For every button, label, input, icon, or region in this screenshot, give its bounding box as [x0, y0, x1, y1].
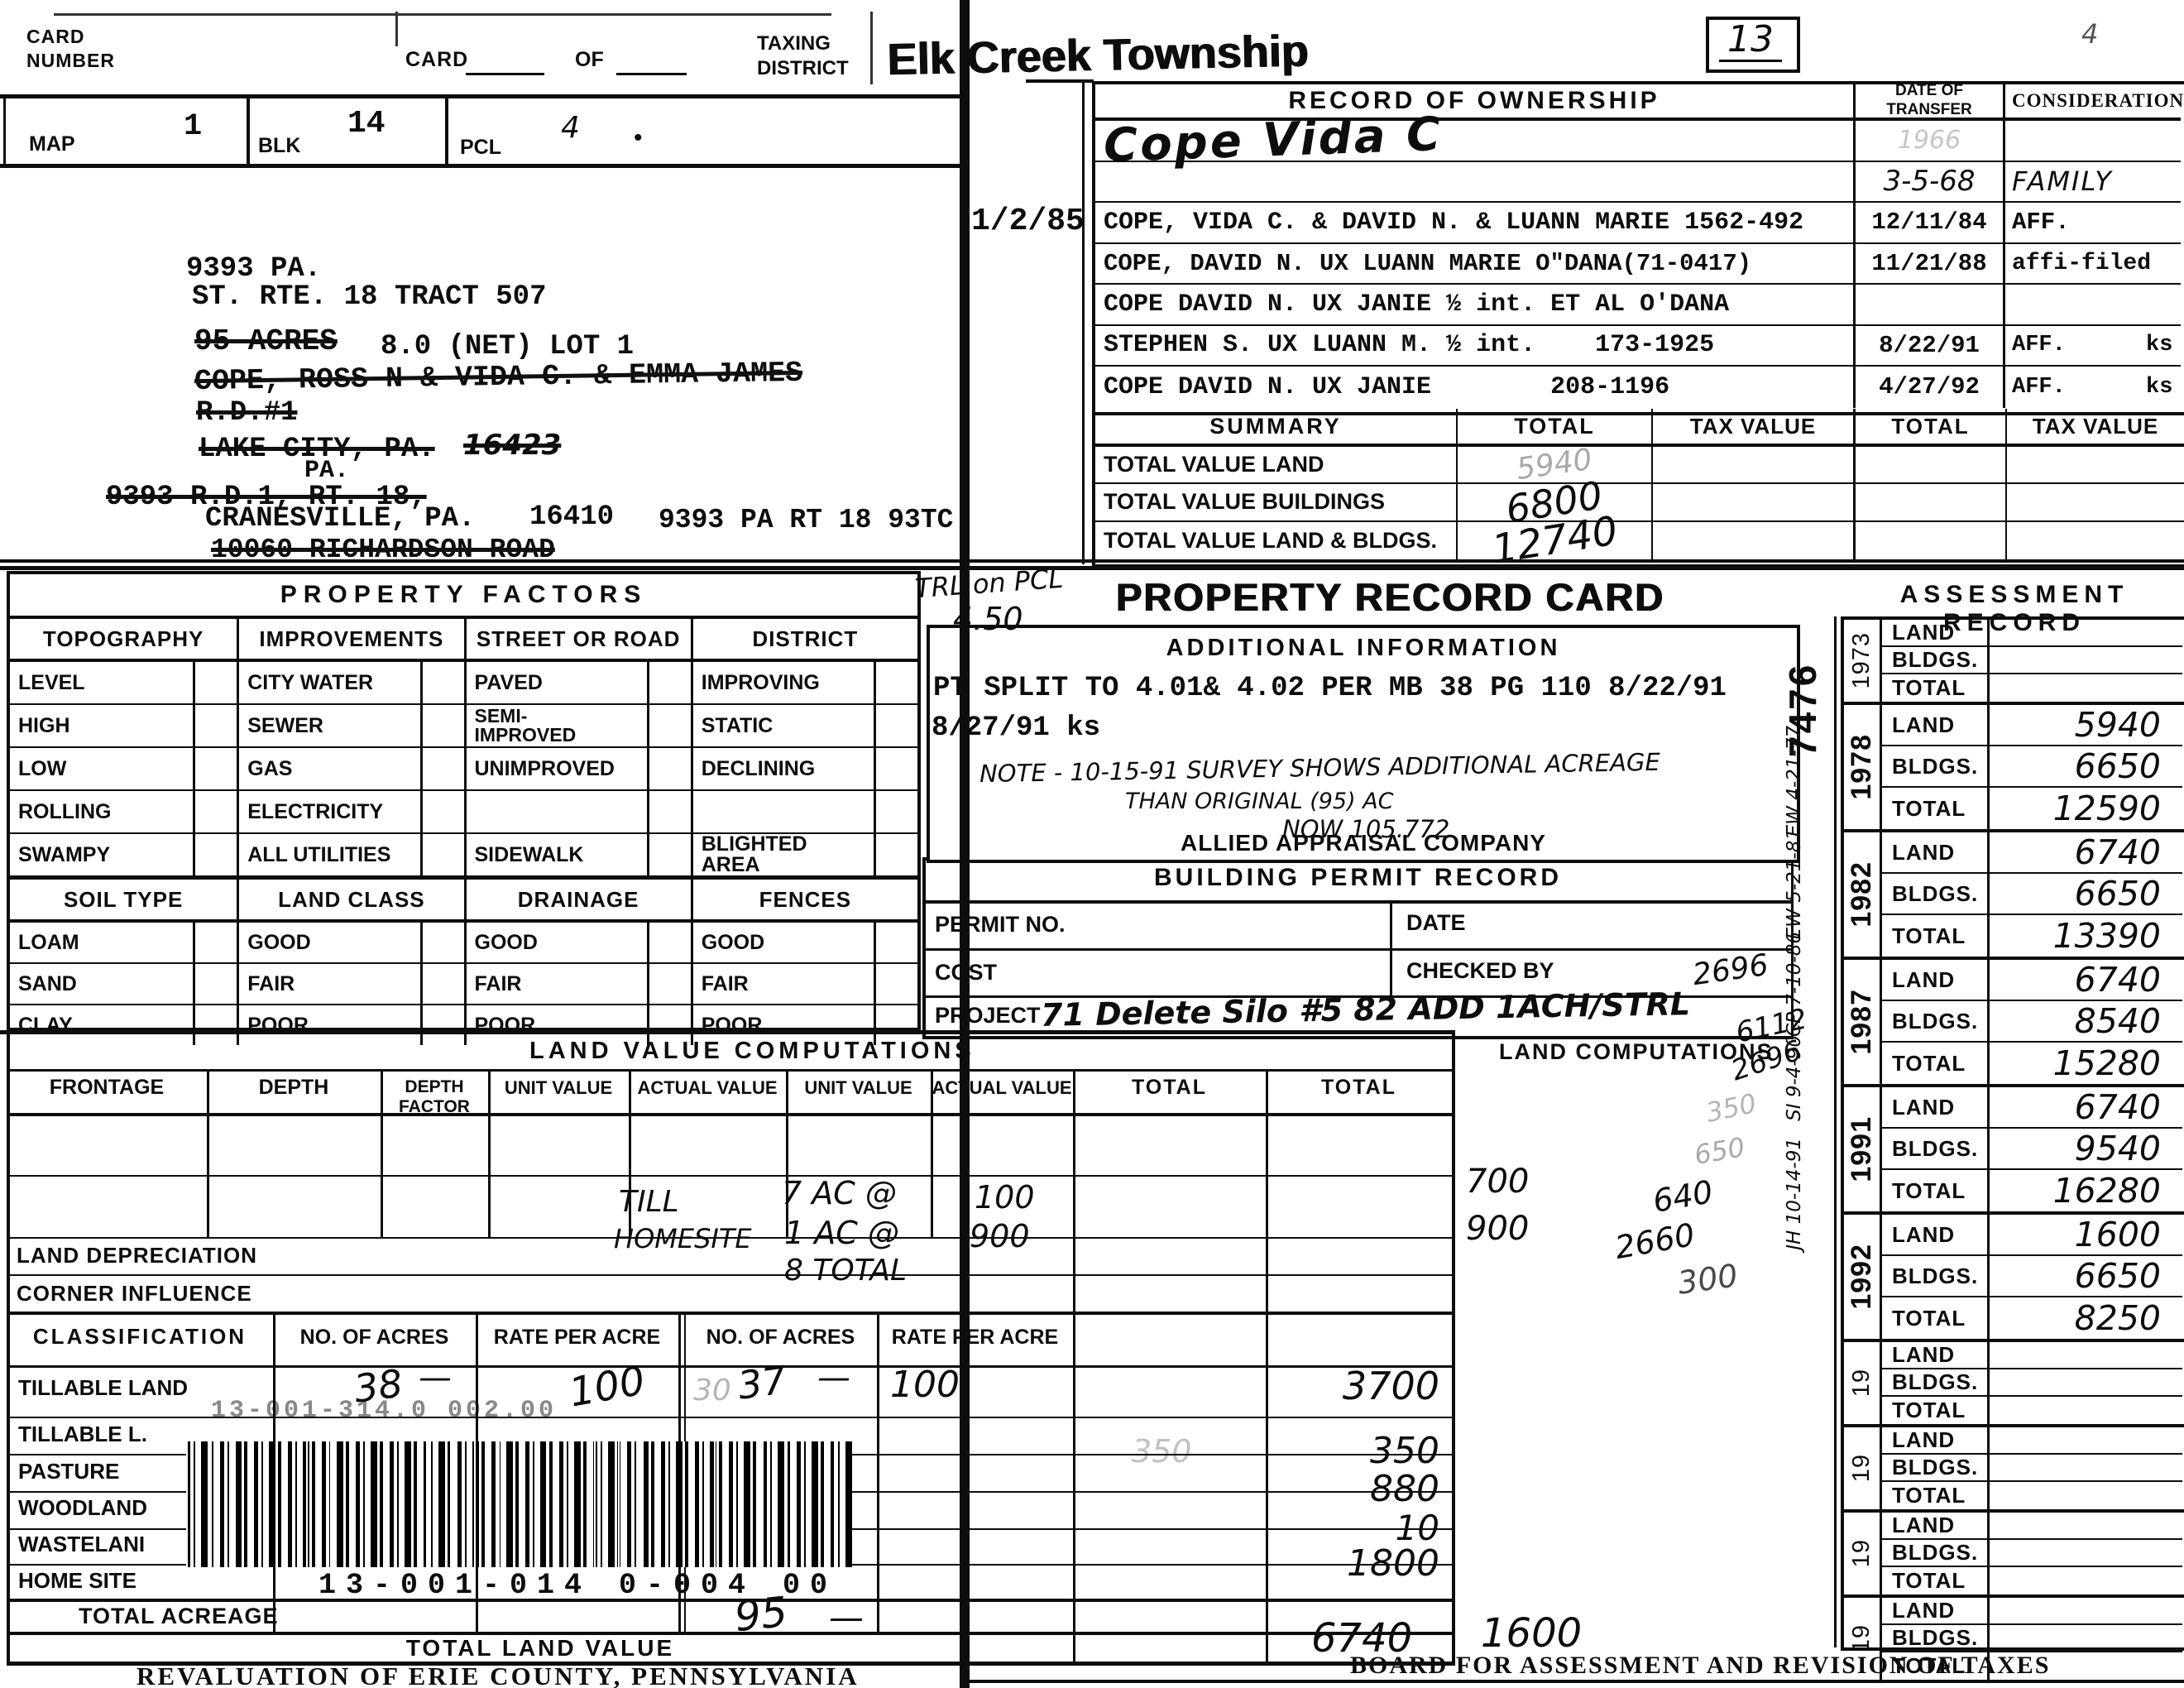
district-name: Elk Creek Township — [886, 26, 1308, 86]
soil-cell: FAIR — [691, 964, 917, 1005]
lvc-col-2 — [381, 1069, 383, 1237]
land-label: LAND — [1882, 1087, 1990, 1129]
checkbox-cell — [193, 748, 237, 789]
of-underline — [616, 73, 687, 75]
checkbox-cell — [193, 791, 237, 832]
address-line-2: ST. RTE. 18 TRACT 507 — [192, 281, 546, 313]
land-label: LAND — [1882, 1598, 1990, 1625]
summary-row-total: 12740 — [1456, 522, 1651, 559]
year-cell: 19 — [1844, 1342, 1882, 1424]
permit-left-edge — [922, 857, 926, 1039]
pencil-box-right — [870, 12, 873, 84]
map-blk-divider — [247, 94, 250, 168]
summary-row-taxvalue — [1651, 522, 1853, 559]
total-col-2-right — [1452, 1030, 1455, 1666]
summary-row-label: TOTAL VALUE LAND & BLDGS. — [1095, 522, 1456, 559]
top-pencil-line — [54, 13, 831, 16]
year-cell: 19 — [1844, 1427, 1882, 1509]
permit-no-label: PERMIT NO. — [935, 912, 1066, 938]
taxing-district-label: TAXING DISTRICT — [757, 31, 849, 81]
total-label: TOTAL — [1882, 1482, 1990, 1509]
lvc-header-depth-factor: DEPTH FACTOR — [376, 1077, 492, 1117]
assessment-group-1991: 1991 LAND6740 BLDGS.9540 TOTAL16280 — [1844, 1087, 2184, 1215]
checkbox-cell — [647, 964, 691, 1004]
checked-by-value: 2696 — [1691, 948, 1770, 992]
total-land-value-2: 1600 — [1481, 1610, 1582, 1657]
till-acres-1: 38 — [352, 1360, 405, 1412]
comp-left-0: 700 — [1466, 1163, 1529, 1201]
checkbox-cell — [193, 834, 237, 875]
appraisal-company-label: ALLIED APPRAISAL COMPANY — [930, 830, 1797, 856]
lvc-header-actual-value-1: ACTUAL VALUE — [629, 1077, 786, 1099]
owner-row-date: 3-5-68 — [1853, 162, 2005, 204]
land-label: LAND — [1882, 705, 1990, 746]
total-label: TOTAL — [1882, 1652, 1990, 1680]
bldgs-value — [1990, 1369, 2182, 1397]
classif-header-under — [7, 1365, 1452, 1368]
pasture-faint-total: 350 — [1132, 1433, 1192, 1470]
land-label: LAND — [1882, 960, 1990, 1001]
lvc-header-total-2: TOTAL — [1266, 1076, 1452, 1100]
land-value: 6740 — [1990, 1087, 2182, 1129]
owner-row-date: 8/22/91 — [1853, 326, 2005, 367]
checkbox-cell — [420, 923, 464, 962]
row-woodland: WOODLAND — [18, 1495, 147, 1521]
total-value — [1990, 1567, 2182, 1594]
bldgs-label: BLDGS. — [1882, 1256, 1990, 1297]
owner-row-consideration: AFF. ks — [2005, 367, 2181, 408]
factor-cell: ALL UTILITIES — [237, 834, 463, 877]
card-count-box — [1706, 17, 1800, 73]
factor-cell: STATIC — [691, 705, 917, 748]
land-value: 5940 — [1990, 705, 2182, 746]
checkbox-cell — [420, 662, 464, 703]
total-value — [1990, 1482, 2182, 1509]
owner-row-consideration: affi-filed — [2005, 244, 2181, 285]
property-factors-table: PROPERTY FACTORS TOPOGRAPHY IMPROVEMENTS… — [7, 571, 921, 1031]
total-acreage-label: TOTAL ACREAGE — [79, 1604, 279, 1629]
bldgs-value — [1990, 1540, 2182, 1567]
till-label-hw: TILL — [619, 1185, 679, 1219]
owner-row-name: COPE DAVID N. UX JANIE ½ int. ET AL O'DA… — [1095, 285, 1853, 326]
comp-right-1: 350 — [1703, 1087, 1760, 1129]
assessment-group-blank: 19 LAND BLDGS. TOTAL — [1844, 1427, 2184, 1513]
checkbox-cell — [647, 705, 691, 746]
record-of-ownership-table: RECORD OF OWNERSHIP DATE OF TRANSFER CON… — [1092, 81, 2184, 415]
date-stamp: 1/2/85 — [971, 204, 1085, 239]
corner-influence-label: CORNER INFLUENCE — [17, 1281, 252, 1307]
left-edge-top — [3, 94, 6, 168]
till-dash-1: — — [419, 1359, 452, 1397]
address-cranesville: CRANESVILLE, PA. — [205, 503, 475, 535]
assessment-group-1978: 1978 LAND5940 BLDGS.6650 TOTAL12590 — [1844, 705, 2184, 832]
soil-cell: FAIR — [237, 964, 463, 1005]
permit-date-label: DATE — [1406, 910, 1466, 936]
factor-cell — [464, 791, 691, 834]
owner-row-name: COPE DAVID N. UX JANIE 208-1196 — [1095, 367, 1853, 408]
review-note-1987: CP 7-10-86 — [1784, 932, 1805, 1023]
soil-cell: SAND — [10, 964, 237, 1005]
center-fold-line — [960, 0, 970, 1688]
bldgs-value: 8540 — [1990, 1001, 2182, 1043]
summary-row-taxvalue2 — [2005, 447, 2184, 484]
checkbox-cell — [647, 834, 691, 875]
review-note-1982: EW 5-21-81 — [1784, 828, 1805, 919]
address-rd1-struck: R.D.#1 — [196, 397, 297, 429]
summary-row-total2 — [1853, 447, 2005, 484]
soil-cell: FAIR — [464, 964, 691, 1005]
owner-row-name: COPE, DAVID N. UX LUANN MARIE O"DANA(71-… — [1095, 244, 1853, 285]
year-cell: 1973 — [1844, 620, 1882, 702]
row-home-site: HOME SITE — [18, 1568, 136, 1594]
factor-cell: UNIMPROVED — [464, 748, 691, 791]
year-cell: 19 — [1844, 1513, 1882, 1594]
trl-pcl-value: 4.50 — [953, 601, 1023, 637]
soil-cell: POOR — [691, 1005, 917, 1045]
checkbox-cell — [874, 705, 917, 746]
summary-row-label: TOTAL VALUE LAND — [1095, 447, 1456, 484]
total-label: TOTAL — [1882, 1297, 1990, 1339]
summary-header: SUMMARY — [1095, 409, 1456, 447]
address-route-code: 9393 PA RT 18 93TC — [659, 505, 953, 535]
total-label: TOTAL — [1882, 1043, 1990, 1084]
checkbox-cell — [193, 705, 237, 746]
checkbox-cell — [420, 964, 464, 1004]
total-value: 15280 — [1990, 1043, 2182, 1084]
total-header-2: TOTAL — [1853, 409, 2005, 447]
owner-row-consideration — [2005, 121, 2181, 162]
owner-row-date: 4/27/92 — [1853, 367, 2005, 408]
homesite-label-hw: HOMESITE — [614, 1223, 752, 1254]
bldgs-label: BLDGS. — [1882, 746, 1990, 788]
checkbox-cell — [420, 705, 464, 746]
review-note-1992: JH 10-14-91 — [1784, 1138, 1805, 1229]
date-of-transfer-header: DATE OF TRANSFER — [1853, 84, 2005, 121]
total-label: TOTAL — [1882, 915, 1990, 957]
checkbox-cell — [193, 662, 237, 703]
blk-value: 14 — [347, 106, 386, 141]
total-label: TOTAL — [1882, 1170, 1990, 1211]
bldgs-value: 9540 — [1990, 1129, 2182, 1170]
acre-total-hw: 8 TOTAL — [784, 1254, 907, 1288]
factor-cell: ELECTRICITY — [237, 791, 463, 834]
owner-row-date: 12/11/84 — [1853, 203, 2005, 244]
card-number-label: CARD NUMBER — [26, 25, 115, 73]
homesite-rate-hw: 900 — [970, 1218, 1030, 1254]
map-row-top-line — [0, 94, 961, 98]
blk-pcl-divider — [445, 94, 448, 168]
comp-right-5: 300 — [1675, 1257, 1740, 1302]
bldgs-label: BLDGS. — [1882, 1369, 1990, 1397]
lvc-header-unit-value-2: UNIT VALUE — [786, 1077, 931, 1099]
factor-cell: DECLINING — [691, 748, 917, 791]
lvc-header-under — [7, 1113, 1452, 1116]
till-acres-2-faint: 30 — [693, 1374, 731, 1407]
address-net-lot: 8.0 (NET) LOT 1 — [381, 331, 634, 362]
summary-row-taxvalue2 — [2005, 522, 2184, 559]
factor-cell: HIGH — [10, 705, 237, 748]
year-cell: 1978 — [1844, 705, 1882, 829]
year-cell: 1991 — [1844, 1087, 1882, 1211]
assessment-group-blank: 19 LAND BLDGS. TOTAL — [1844, 1342, 2184, 1427]
year-cell: 1987 — [1844, 960, 1882, 1084]
land-label: LAND — [1882, 1342, 1990, 1369]
lvc-col-5 — [786, 1069, 788, 1237]
bldgs-label: BLDGS. — [1882, 1129, 1990, 1170]
col-street-or-road: STREET OR ROAD — [464, 619, 691, 659]
land-value — [1990, 1427, 2182, 1455]
factor-cell: SEMI- IMPROVED — [464, 705, 691, 748]
split-note-line2: 8/27/91 ks — [932, 712, 1100, 744]
checkbox-cell — [420, 748, 464, 789]
property-factors-title: PROPERTY FACTORS — [10, 574, 917, 619]
of-label: OF — [575, 48, 604, 72]
row-tillable-land: TILLABLE LAND — [18, 1375, 188, 1401]
assessment-group-1992: 1992 LAND1600 BLDGS.6650 TOTAL8250 — [1844, 1215, 2184, 1342]
pcl-dot: • — [634, 124, 643, 152]
ownership-double-border — [1082, 81, 1085, 564]
summary-row-taxvalue — [1651, 484, 1853, 521]
land-label: LAND — [1882, 832, 1990, 874]
year-cell: 1982 — [1844, 832, 1882, 957]
col-drainage: DRAINAGE — [464, 880, 691, 919]
bldgs-label: BLDGS. — [1882, 647, 1990, 674]
checkbox-cell — [647, 923, 691, 962]
owner-row-consideration: AFF. — [2005, 203, 2181, 244]
factor-cell: LEVEL — [10, 662, 237, 705]
total-land-value-1: 6740 — [1311, 1615, 1412, 1662]
owner-row-consideration: AFF. ks — [2005, 326, 2181, 367]
soil-cell: GOOD — [691, 923, 917, 964]
owner-row-consideration: FAMILY — [2005, 162, 2181, 204]
total-col-2-left — [1266, 1069, 1268, 1662]
till-qty-hw: 7 AC @ — [782, 1175, 897, 1211]
pcl-value: 4 — [561, 111, 580, 145]
total-header-1: TOTAL — [1456, 409, 1651, 447]
year-cell: 1992 — [1844, 1215, 1882, 1339]
additional-information-box: ADDITIONAL INFORMATION PT SPLIT TO 4.01&… — [927, 625, 1800, 863]
address-pa-small: PA. — [304, 457, 349, 485]
property-record-card-title: PROPERTY RECORD CARD — [1100, 574, 1679, 620]
tlv-row-under — [7, 1662, 1452, 1666]
address-acres-struck: 95 ACRES — [194, 324, 338, 358]
bldgs-label: BLDGS. — [1882, 1625, 1990, 1652]
no-of-acres-header-1: NO. OF ACRES — [273, 1326, 476, 1350]
land-value — [1990, 620, 2182, 647]
address-zip2: 16410 — [529, 501, 614, 533]
lvc-row-line-3 — [7, 1274, 1452, 1276]
lvc-header-actual-value-2: ACTUAL VALUE — [931, 1077, 1073, 1099]
map-row-bottom-line — [0, 164, 961, 168]
land-value: 1600 — [1990, 1215, 2182, 1256]
survey-note-line1: NOTE - 10-15-91 SURVEY SHOWS ADDITIONAL … — [979, 748, 1660, 788]
checkbox-cell — [874, 791, 917, 832]
soil-cell: POOR — [237, 1005, 463, 1045]
factor-cell: BLIGHTED AREA — [691, 834, 917, 877]
row-pasture: PASTURE — [18, 1459, 119, 1484]
summary-row-taxvalue2 — [2005, 484, 2184, 521]
corner-pencil-mark: 4 — [2081, 18, 2098, 50]
factor-cell: IMPROVING — [691, 662, 917, 705]
acreage-row-under — [7, 1632, 1452, 1635]
project-value: 71 Delete Silo #5 82 ADD 1ACH/STRL — [1041, 985, 1691, 1033]
col-improvements: IMPROVEMENTS — [237, 619, 463, 659]
review-note-1978: EW 4-21-77 — [1784, 726, 1805, 817]
classif-row-1 — [7, 1417, 1452, 1418]
col-land-class: LAND CLASS — [237, 880, 463, 919]
land-value — [1990, 1342, 2182, 1369]
lvc-col-3 — [488, 1069, 491, 1237]
soil-cell: GOOD — [237, 923, 463, 964]
checkbox-cell — [647, 1005, 691, 1045]
permit-row2-top — [922, 948, 1794, 951]
bldgs-value — [1990, 1625, 2182, 1652]
card-underline — [466, 73, 544, 75]
land-value: 6740 — [1990, 960, 2182, 1001]
checkbox-cell — [874, 834, 917, 875]
total-label: TOTAL — [1882, 674, 1990, 702]
soil-cell: CLAY — [10, 1005, 237, 1045]
factor-cell: PAVED — [464, 662, 691, 705]
tax-value-header-1: TAX VALUE — [1651, 409, 1853, 447]
bldgs-label: BLDGS. — [1882, 874, 1990, 915]
address-owner-struck: COPE, ROSS N & VIDA C. & EMMA JAMES — [194, 357, 803, 398]
map-label: MAP — [29, 132, 75, 156]
factor-cell: CITY WATER — [237, 662, 463, 705]
owner-row-date — [1853, 285, 2005, 326]
review-note-1991: SI 9-4-90 — [1784, 1035, 1805, 1126]
address-line-1: 9393 PA. — [186, 253, 321, 285]
lvc-header-total-1: TOTAL — [1073, 1076, 1266, 1100]
owner-row-name: STEPHEN S. UX LUANN M. ½ int. 173-1925 — [1095, 326, 1853, 367]
land-label: LAND — [1882, 1427, 1990, 1455]
col-topography: TOPOGRAPHY — [10, 619, 237, 659]
checkbox-cell — [193, 923, 237, 962]
land-value: 6740 — [1990, 832, 2182, 874]
consideration-header: CONSIDERATION — [2005, 84, 2181, 121]
lvc-row-line-1 — [7, 1175, 1452, 1177]
classif-col-4 — [877, 1312, 879, 1632]
row-tillable-l2: TILLABLE L. — [18, 1422, 147, 1447]
total-pasture: 350 — [1291, 1430, 1439, 1472]
year-cell: 19 — [1844, 1598, 1882, 1680]
pencil-box-left — [395, 12, 398, 46]
total-label: TOTAL — [1882, 1567, 1990, 1594]
total-label: TOTAL — [1882, 788, 1990, 829]
lvc-header-frontage: FRONTAGE — [7, 1076, 207, 1100]
comp-right-4: 2660 — [1612, 1216, 1698, 1266]
soil-cell: GOOD — [464, 923, 691, 964]
pcl-label: PCL — [460, 136, 501, 160]
map-value: 1 — [184, 109, 202, 144]
factor-cell: LOW — [10, 748, 237, 791]
checkbox-cell — [647, 791, 691, 832]
permit-col-divider — [1390, 900, 1392, 998]
lvc-header-unit-value-1: UNIT VALUE — [488, 1077, 629, 1099]
checkbox-cell — [193, 964, 237, 1004]
soil-cell: LOAM — [10, 923, 237, 964]
barcode — [186, 1441, 852, 1567]
assessment-group-1987: 1987 LAND6740 BLDGS.8540 TOTAL15280 — [1844, 960, 2184, 1087]
project-label: PROJECT — [935, 1003, 1041, 1029]
total-acreage-dash: — — [829, 1597, 864, 1638]
land-value — [1990, 1598, 2182, 1625]
col-fences: FENCES — [691, 880, 917, 919]
survey-note-line2: THAN ORIGINAL (95) AC — [1125, 789, 1394, 814]
permit-bottom — [922, 1036, 1794, 1039]
bldgs-label: BLDGS. — [1882, 1540, 1990, 1567]
assessment-group-1982: 1982 LAND6740 BLDGS.6650 TOTAL13390 — [1844, 832, 2184, 960]
col-district: DISTRICT — [691, 619, 917, 659]
summary-row-total2 — [1853, 522, 2005, 559]
comp-left-1: 900 — [1466, 1210, 1529, 1248]
total-label: TOTAL — [1882, 1397, 1990, 1424]
till-rate-2: 100 — [890, 1364, 960, 1406]
col-soil-type: SOIL TYPE — [10, 880, 237, 919]
blk-label: BLK — [258, 134, 300, 158]
rate-per-acre-header-2: RATE PER ACRE — [877, 1326, 1073, 1350]
summary-row-label: TOTAL VALUE BUILDINGS — [1095, 484, 1456, 521]
checkbox-cell — [420, 1005, 464, 1045]
checkbox-cell — [874, 923, 917, 962]
bldgs-value: 6650 — [1990, 874, 2182, 915]
split-note-line1: PT SPLIT TO 4.01& 4.02 PER MB 38 PG 110 … — [933, 673, 1727, 704]
bldgs-value — [1990, 1455, 2182, 1482]
comp-right-3: 640 — [1650, 1173, 1716, 1220]
till-rate-hw: 100 — [975, 1179, 1035, 1216]
owner-row-name: COPE, VIDA C. & DAVID N. & LUANN MARIE 1… — [1095, 203, 1853, 244]
total-land-value-label: TOTAL LAND VALUE — [7, 1635, 1074, 1662]
bldgs-value: 6650 — [1990, 746, 2182, 788]
checkbox-cell — [420, 834, 464, 875]
factor-cell: SEWER — [237, 705, 463, 748]
summary-row-taxvalue — [1651, 447, 1853, 484]
total-woodland: 880 — [1291, 1468, 1439, 1510]
assessment-group-blank: 19 LAND BLDGS. TOTAL — [1844, 1513, 2184, 1598]
total-value — [1990, 1397, 2182, 1424]
checked-by-label: CHECKED BY — [1406, 958, 1554, 984]
lvc-title-under — [7, 1069, 1452, 1072]
no-of-acres-header-2: NO. OF ACRES — [684, 1326, 877, 1350]
card-of-label: CARD — [405, 48, 468, 72]
soil-cell: POOR — [464, 1005, 691, 1045]
checkbox-cell — [193, 1005, 237, 1045]
permit-row1-top — [922, 900, 1794, 904]
bldgs-label: BLDGS. — [1882, 1455, 1990, 1482]
assessment-record-table: 1973 LAND BLDGS. TOTAL 1978 LAND5940 BLD… — [1841, 616, 2184, 1651]
bldgs-label: BLDGS. — [1882, 1001, 1990, 1043]
factor-cell: SWAMPY — [10, 834, 237, 877]
factor-cell: ROLLING — [10, 791, 237, 834]
building-permit-title: BUILDING PERMIT RECORD — [922, 864, 1794, 892]
assessment-double-border — [1834, 616, 1837, 1647]
address-zip-struck: 16423 — [463, 429, 561, 462]
total-value — [1990, 674, 2182, 702]
land-label: LAND — [1882, 1513, 1990, 1540]
total-value: 16280 — [1990, 1170, 2182, 1211]
checkbox-cell — [874, 662, 917, 703]
checkbox-cell — [420, 791, 464, 832]
checkbox-cell — [874, 1005, 917, 1045]
summary-row-total2 — [1853, 484, 2005, 521]
till-dash-2: — — [817, 1359, 850, 1397]
owner-row-date: 1966 — [1853, 121, 2005, 162]
owner-row-name: Cope Vida C — [1095, 121, 1853, 162]
land-value — [1990, 1513, 2182, 1540]
factor-cell: SIDEWALK — [464, 834, 691, 877]
homesite-qty-hw: 1 AC @ — [784, 1215, 899, 1251]
total-tillable: 3700 — [1291, 1364, 1439, 1408]
